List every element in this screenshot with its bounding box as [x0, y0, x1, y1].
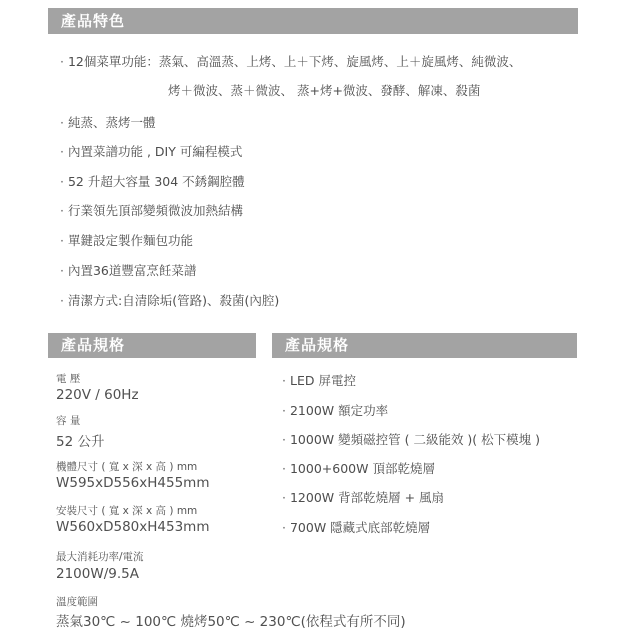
feature-item: ·52 升超大容量 304 不銹鋼腔體 — [60, 172, 245, 190]
spec-label-body-size: 機體尺寸 ( 寬 x 深 x 高 ) mm — [56, 459, 197, 474]
spec-item-text: LED 屏電控 — [290, 373, 356, 388]
feature-item: ·單鍵設定製作麵包功能 — [60, 231, 193, 249]
spec-value-body-size: W595xD556xH455mm — [56, 475, 209, 491]
feature-text: 單鍵設定製作麵包功能 — [68, 233, 193, 248]
feature-item: ·純蒸、蒸烤一體 — [60, 113, 156, 131]
bullet-icon: · — [282, 461, 286, 476]
spec-item-text: 1000W 變頻磁控管 ( 二級能效 )( 松下模塊 ) — [290, 432, 540, 447]
feature-item: ·清潔方式:自清除垢(管路)、殺菌(內腔) — [60, 291, 279, 309]
feature-item: ·內置36道豐富烹飪菜譜 — [60, 261, 196, 279]
feature-item: ·12個菜單功能：蒸氣、高溫蒸、上烤、上＋下烤、旋風烤、上＋旋風烤、純微波、 — [60, 52, 521, 70]
spec-label-power: 最大消耗功率/電流 — [56, 549, 144, 564]
spec-item-text: 1200W 背部乾燒層 + 風扇 — [290, 490, 444, 505]
bullet-icon: · — [60, 233, 64, 248]
spec-right-header: 產品規格 — [272, 333, 577, 358]
spec-item-text: 700W 隱藏式底部乾燒層 — [290, 520, 430, 535]
spec-item: ·700W 隱藏式底部乾燒層 — [282, 518, 430, 536]
spec-value-temperature: 蒸氣30℃ ~ 100℃ 燒烤50℃ ~ 230℃(依程式有所不同) — [56, 610, 406, 630]
spec-label-temperature: 溫度範圍 — [56, 594, 98, 609]
spec-item: ·1200W 背部乾燒層 + 風扇 — [282, 488, 444, 506]
bullet-icon: · — [282, 490, 286, 505]
feature-text: 內置36道豐富烹飪菜譜 — [68, 263, 196, 278]
feature-text: 純蒸、蒸烤一體 — [68, 115, 156, 130]
bullet-icon: · — [60, 174, 64, 189]
spec-item-text: 1000+600W 頂部乾燒層 — [290, 461, 435, 476]
feature-item: ·內置菜譜功能 , DIY 可編程模式 — [60, 142, 242, 160]
bullet-icon: · — [60, 263, 64, 278]
spec-value-voltage: 220V / 60Hz — [56, 387, 139, 403]
spec-label-capacity: 容 量 — [56, 413, 80, 428]
bullet-icon: · — [60, 115, 64, 130]
feature-item: ·行業領先頂部變頻微波加熱結構 — [60, 201, 243, 219]
spec-value-power: 2100W/9.5A — [56, 566, 139, 582]
spec-item-text: 2100W 額定功率 — [290, 403, 388, 418]
spec-item: ·2100W 額定功率 — [282, 401, 388, 419]
spec-item: ·1000W 變頻磁控管 ( 二級能效 )( 松下模塊 ) — [282, 430, 540, 448]
features-title: 產品特色 — [61, 12, 125, 30]
bullet-icon: · — [60, 293, 64, 308]
feature-text: 清潔方式:自清除垢(管路)、殺菌(內腔) — [68, 293, 279, 308]
features-header: 產品特色 — [48, 8, 578, 34]
feature-text: 12個菜單功能：蒸氣、高溫蒸、上烤、上＋下烤、旋風烤、上＋旋風烤、純微波、 — [68, 54, 521, 69]
spec-item: ·LED 屏電控 — [282, 371, 356, 389]
spec-left-header: 產品規格 — [48, 333, 256, 358]
spec-value-install-size: W560xD580xH453mm — [56, 519, 209, 535]
spec-item: ·1000+600W 頂部乾燒層 — [282, 459, 435, 477]
feature-item-continuation: 烤＋微波、蒸＋微波、 蒸+烤+微波、發酵、解凍、殺菌 — [168, 81, 480, 99]
bullet-icon: · — [60, 203, 64, 218]
spec-label-voltage: 電 壓 — [56, 371, 80, 386]
bullet-icon: · — [60, 144, 64, 159]
bullet-icon: · — [60, 54, 64, 69]
feature-text: 行業領先頂部變頻微波加熱結構 — [68, 203, 243, 218]
bullet-icon: · — [282, 520, 286, 535]
spec-label-install-size: 安裝尺寸 ( 寬 x 深 x 高 ) mm — [56, 503, 197, 518]
feature-text: 52 升超大容量 304 不銹鋼腔體 — [68, 174, 245, 189]
spec-left-title: 產品規格 — [61, 336, 125, 354]
bullet-icon: · — [282, 373, 286, 388]
bullet-icon: · — [282, 403, 286, 418]
spec-right-title: 產品規格 — [285, 336, 349, 354]
feature-text: 內置菜譜功能 , DIY 可編程模式 — [68, 144, 242, 159]
bullet-icon: · — [282, 432, 286, 447]
spec-value-capacity: 52 公升 — [56, 430, 104, 450]
